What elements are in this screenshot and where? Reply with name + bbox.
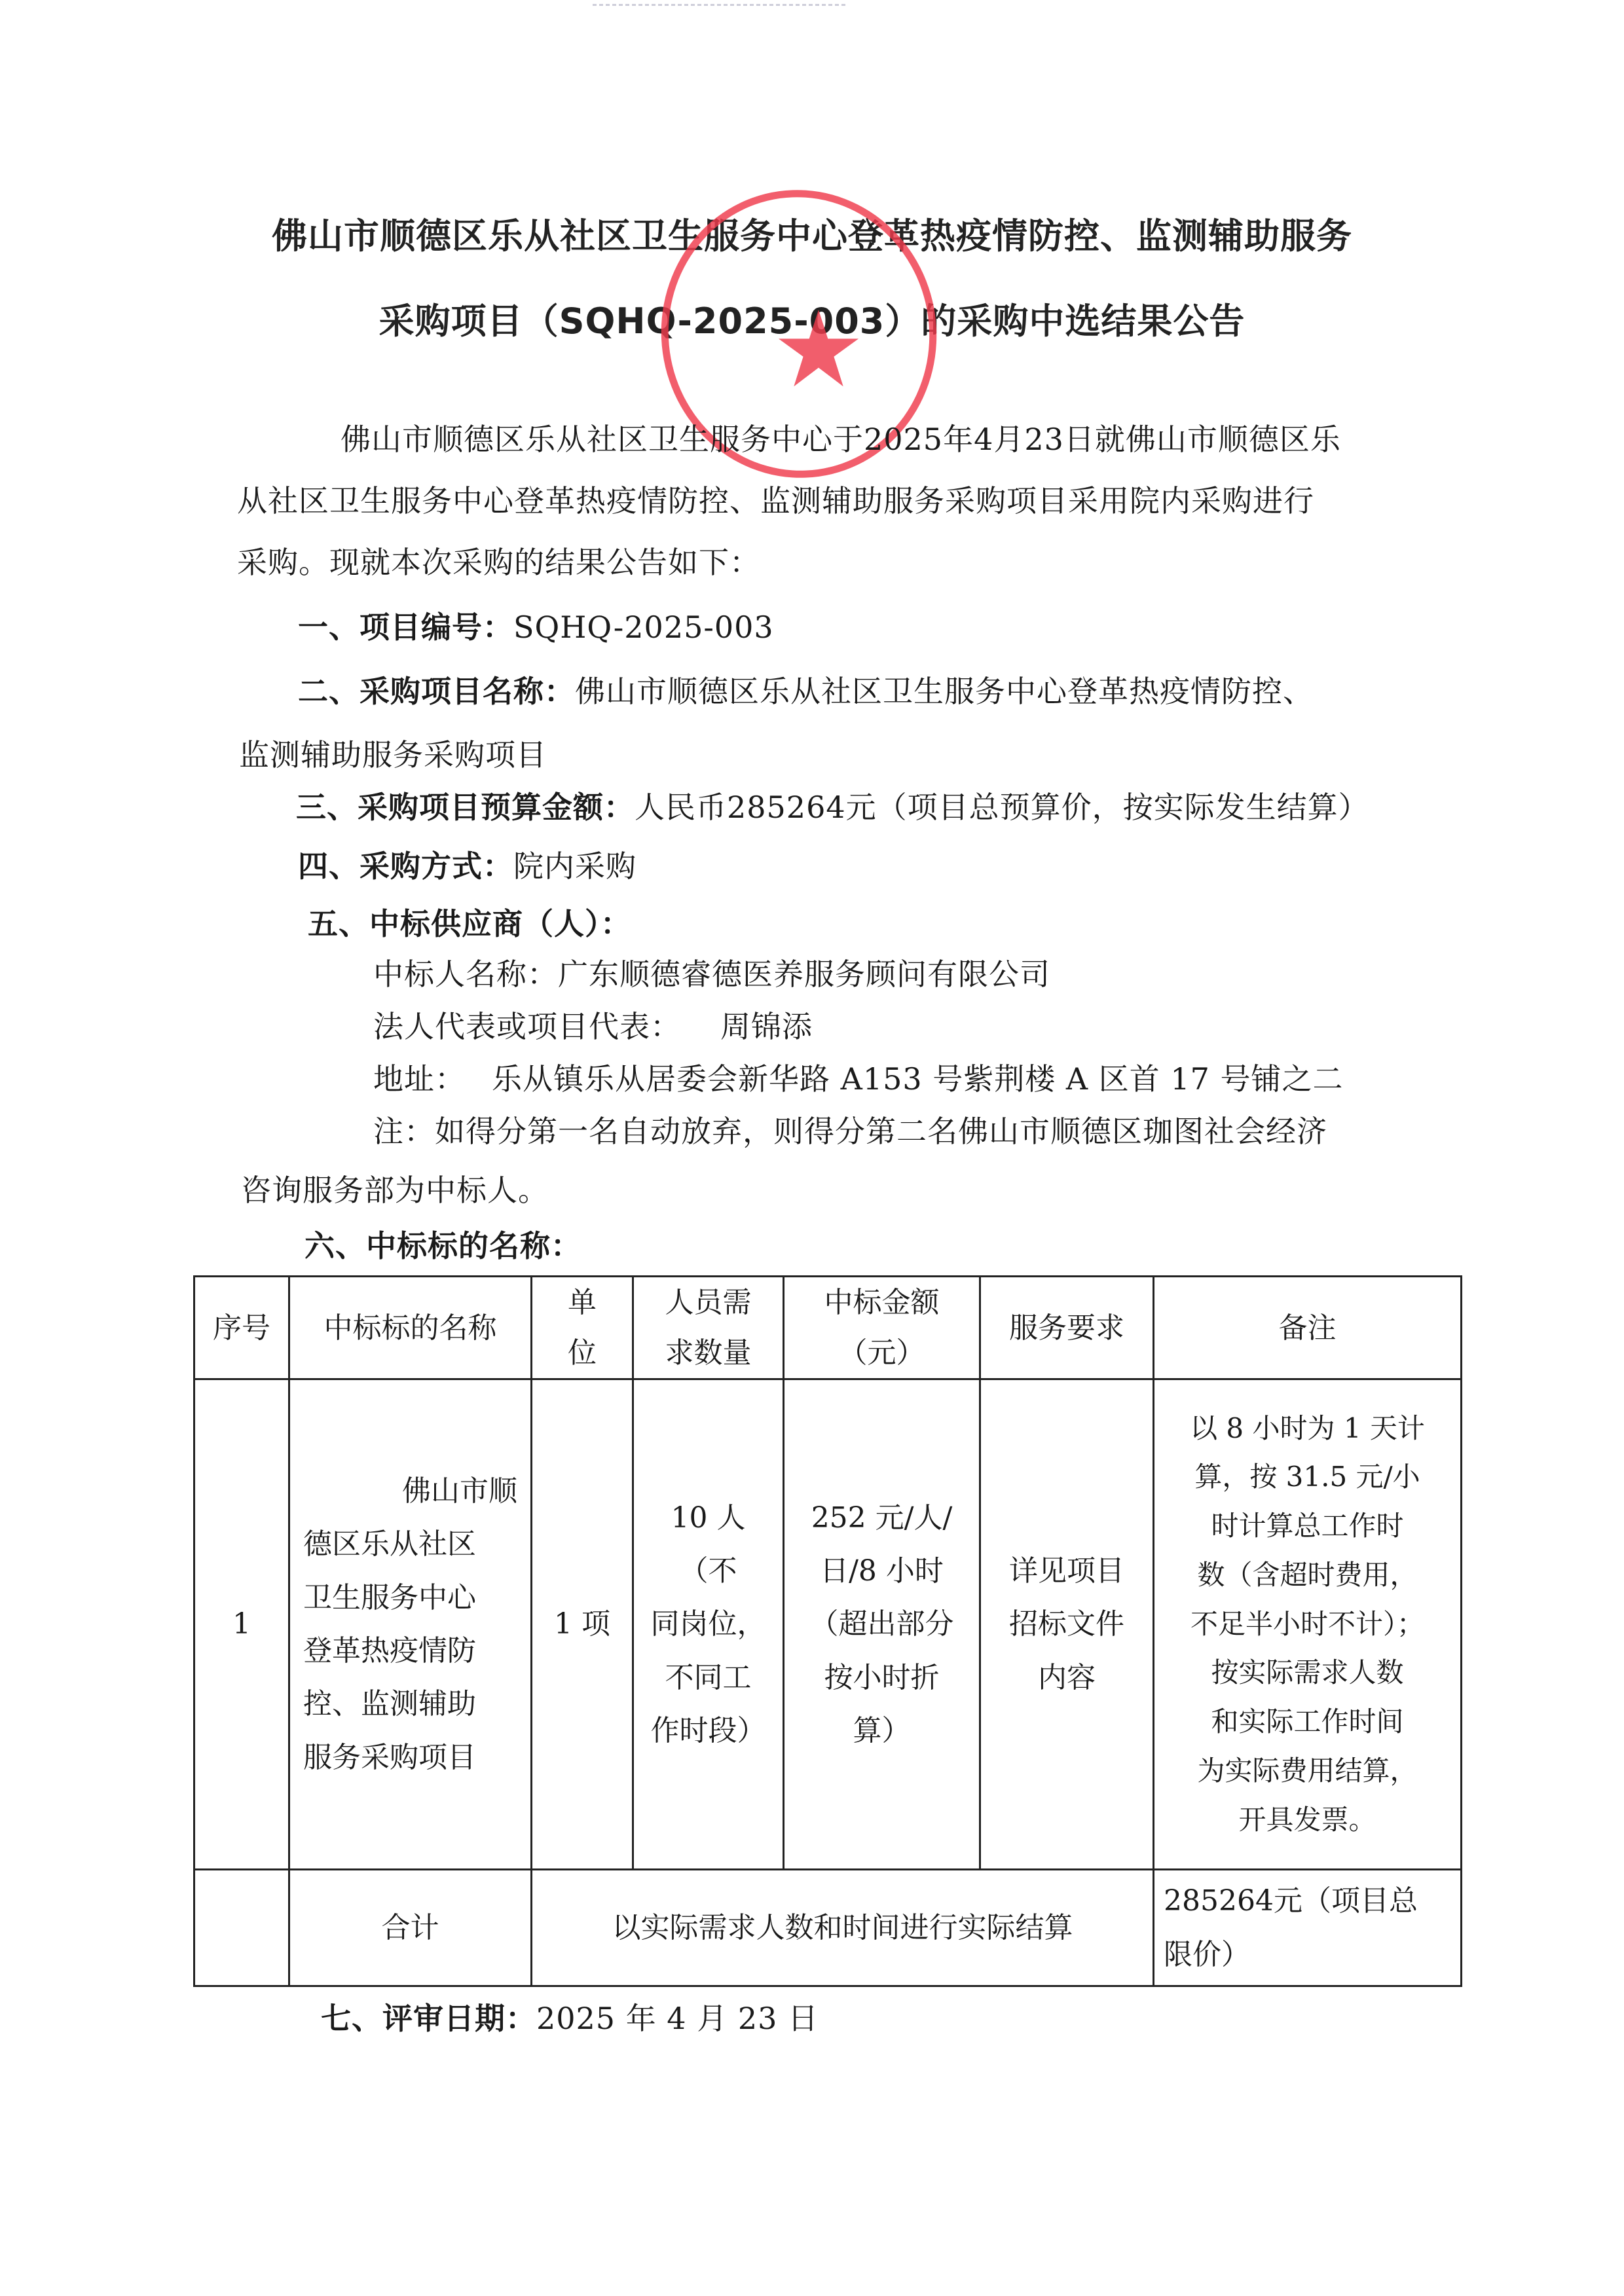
- address-label: 地址：: [373, 1061, 466, 1097]
- cell-total-label: 合计: [289, 1870, 532, 1986]
- runner-up-note-line-2: 咨询服务部为中标人。: [241, 1175, 549, 1205]
- project-name-value: 佛山市顺德区乐从社区卫生服务中心登革热疫情防控、: [575, 674, 1314, 709]
- runner-up-note-line-1: 注：如得分第一名自动放弃，则得分第二名佛山市顺德区珈图社会经济: [373, 1116, 1327, 1146]
- procurement-method-value: 院内采购: [513, 848, 637, 884]
- header-name: 中标标的名称: [289, 1277, 532, 1379]
- cell-name: 佛山市顺 德区乐从社区 卫生服务中心 登革热疫情防 控、监测辅助 服务采购项目: [289, 1379, 532, 1870]
- section-procurement-method: 四、采购方式：院内采购: [298, 851, 637, 881]
- section-project-number: 一、项目编号：SQHQ-2025-003: [298, 612, 774, 642]
- cell-people: 10 人（不 同岗位， 不同工 作时段）: [633, 1379, 784, 1870]
- header-people: 人员需求数量: [633, 1277, 784, 1379]
- cell-total-amount: 285264元（项目总 限价）: [1154, 1870, 1462, 1986]
- header-unit: 单位: [532, 1277, 633, 1379]
- cell-seq: 1: [194, 1379, 289, 1870]
- budget-value: 人民币285264元（项目总预算价，按实际发生结算）: [635, 790, 1369, 825]
- cell-unit: 1 项: [532, 1379, 633, 1870]
- cell-remark: 以 8 小时为 1 天计 算，按 31.5 元/小 时计算总工作时 数（含超时费…: [1154, 1379, 1462, 1870]
- section-label: 四、采购方式：: [298, 848, 513, 884]
- section-review-date: 七、评审日期：2025 年 4 月 23 日: [321, 2003, 819, 2033]
- cell-service: 详见项目 招标文件 内容: [980, 1379, 1154, 1870]
- intro-line-2: 从社区卫生服务中心登革热疫情防控、监测辅助服务采购项目采用院内采购进行: [237, 486, 1314, 516]
- table-row: 1 佛山市顺 德区乐从社区 卫生服务中心 登革热疫情防 控、监测辅助 服务采购项…: [194, 1379, 1462, 1870]
- header-seq: 序号: [194, 1277, 289, 1379]
- intro-line-3: 采购。现就本次采购的结果公告如下：: [237, 547, 760, 577]
- section-budget: 三、采购项目预算金额：人民币285264元（项目总预算价，按实际发生结算）: [296, 792, 1369, 822]
- header-amount: 中标金额（元）: [784, 1277, 980, 1379]
- cell-total-settlement: 以实际需求人数和时间进行实际结算: [532, 1870, 1154, 1986]
- project-number-value: SQHQ-2025-003: [513, 610, 774, 645]
- header-service: 服务要求: [980, 1277, 1154, 1379]
- section-project-name: 二、采购项目名称：佛山市顺德区乐从社区卫生服务中心登革热疫情防控、: [298, 676, 1314, 706]
- winner-name-row: 中标人名称：广东顺德睿德医养服务顾问有限公司: [373, 959, 1050, 989]
- representative-label: 法人代表或项目代表：: [373, 1009, 681, 1044]
- section-label: 一、项目编号：: [298, 610, 513, 645]
- section-label: 二、采购项目名称：: [298, 674, 575, 709]
- section-winning-supplier: 五、中标供应商（人）：: [308, 909, 631, 939]
- project-name-value-continued: 监测辅助服务采购项目: [239, 740, 547, 770]
- address-row: 地址：乐从镇乐从居委会新华路 A153 号紫荆楼 A 区首 17 号铺之二: [373, 1064, 1344, 1094]
- section-label: 三、采购项目预算金额：: [296, 790, 635, 825]
- section-bid-subject: 六、中标标的名称：: [304, 1231, 581, 1261]
- scan-artifact: [593, 4, 848, 6]
- header-remark: 备注: [1154, 1277, 1462, 1379]
- result-table: 序号 中标标的名称 单位 人员需求数量 中标金额（元） 服务要求 备注 1 佛山…: [193, 1275, 1462, 1987]
- review-date-value: 2025 年 4 月 23 日: [536, 2001, 819, 2036]
- cell-total-seq: [194, 1870, 289, 1986]
- cell-amount: 252 元/人/ 日/8 小时 （超出部分 按小时折 算）: [784, 1379, 980, 1870]
- table-header-row: 序号 中标标的名称 单位 人员需求数量 中标金额（元） 服务要求 备注: [194, 1277, 1462, 1379]
- address-value: 乐从镇乐从居委会新华路 A153 号紫荆楼 A 区首 17 号铺之二: [492, 1061, 1344, 1097]
- seal-star-icon: [776, 306, 861, 392]
- representative-value: 周锦添: [720, 1009, 813, 1044]
- winner-name-label: 中标人名称：: [373, 957, 558, 992]
- intro-line-1: 佛山市顺德区乐从社区卫生服务中心于2025年4月23日就佛山市顺德区乐: [341, 424, 1341, 454]
- winner-name-value: 广东顺德睿德医养服务顾问有限公司: [558, 957, 1050, 992]
- section-label: 七、评审日期：: [321, 2001, 536, 2036]
- table-total-row: 合计 以实际需求人数和时间进行实际结算 285264元（项目总 限价）: [194, 1870, 1462, 1986]
- representative-row: 法人代表或项目代表：周锦添: [373, 1011, 813, 1042]
